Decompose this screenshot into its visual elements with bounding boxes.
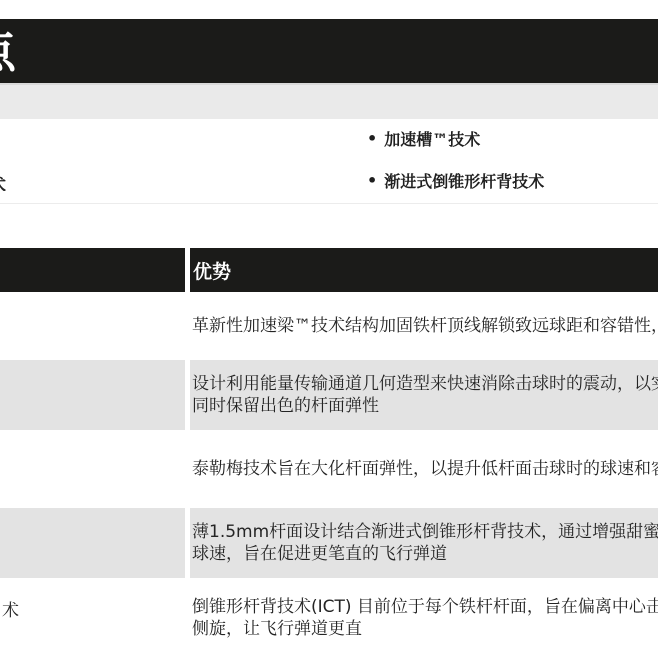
table-row-left-cell	[0, 430, 185, 508]
table-row-advantage-cell: 泰勒梅技术旨在大化杆面弹性，以提升低杆面击球时的球速和容错性	[190, 430, 658, 508]
table-row-left-cell	[0, 508, 185, 578]
feature-label: 渐进式倒锥形杆背技术	[384, 169, 544, 192]
table-row-advantage-cell: 设计利用能量传输通道几何造型来快速消除击球时的震动，以实现更 同时保留出色的杆面…	[190, 360, 658, 430]
left-label-clipped: 术	[2, 600, 19, 622]
product-detail-page: 点 • 加速槽™技术 术 • 渐进式倒锥形杆背技术 优势 革新性加速	[0, 0, 658, 658]
feature-row: • 加速槽™技术	[0, 119, 658, 159]
table-header-advantages-cell: 优势	[190, 248, 658, 292]
table-row: 设计利用能量传输通道几何造型来快速消除击球时的震动，以实现更 同时保留出色的杆面…	[0, 360, 658, 430]
table-row-left-cell: 术	[0, 578, 185, 658]
advantage-text: 同时保留出色的杆面弹性	[192, 395, 658, 417]
bullet-icon: •	[367, 171, 377, 190]
advantage-text: 球速，旨在促进更笔直的飞行弹道	[192, 543, 658, 565]
advantage-text: 泰勒梅技术旨在大化杆面弹性，以提升低杆面击球时的球速和容错性	[192, 458, 658, 480]
feature-bullet-item: • 渐进式倒锥形杆背技术	[367, 169, 544, 192]
table-header-advantages-label: 优势	[193, 257, 231, 284]
table-row-left-cell	[0, 292, 185, 360]
section-banner: 点	[0, 19, 658, 85]
feature-bullet-item: • 加速槽™技术	[367, 127, 480, 150]
table-row: 薄1.5mm杆面设计结合渐进式倒锥形杆背技术，通过增强甜蜜点在整 球速，旨在促进…	[0, 508, 658, 578]
table-row-advantage-cell: 倒锥形杆背技术(ICT) 目前位于每个铁杆杆面，旨在偏离中心击球时 侧旋，让飞行…	[190, 578, 658, 658]
table-row: 革新性加速梁™技术结构加固铁杆顶线解锁致远球距和容错性，以改	[0, 292, 658, 360]
left-column-clipped-text: 术	[0, 171, 7, 191]
advantage-text: 薄1.5mm杆面设计结合渐进式倒锥形杆背技术，通过增强甜蜜点在整	[192, 521, 658, 543]
section-banner-title-clipped: 点	[0, 28, 16, 74]
table-row-advantage-cell: 薄1.5mm杆面设计结合渐进式倒锥形杆背技术，通过增强甜蜜点在整 球速，旨在促进…	[190, 508, 658, 578]
table-row: 术 倒锥形杆背技术(ICT) 目前位于每个铁杆杆面，旨在偏离中心击球时 侧旋，让…	[0, 578, 658, 658]
bullet-icon: •	[367, 129, 377, 148]
advantage-text: 设计利用能量传输通道几何造型来快速消除击球时的震动，以实现更	[192, 373, 658, 395]
features-row-gray-remnant	[0, 85, 658, 119]
table-row: 泰勒梅技术旨在大化杆面弹性，以提升低杆面击球时的球速和容错性	[0, 430, 658, 508]
feature-label: 加速槽™技术	[384, 127, 480, 150]
table-row-advantage-cell: 革新性加速梁™技术结构加固铁杆顶线解锁致远球距和容错性，以改	[190, 292, 658, 360]
advantage-text: 革新性加速梁™技术结构加固铁杆顶线解锁致远球距和容错性，以改	[192, 315, 658, 337]
advantage-text: 倒锥形杆背技术(ICT) 目前位于每个铁杆杆面，旨在偏离中心击球时	[192, 596, 658, 618]
table-header-row: 优势	[0, 248, 658, 292]
table-header-left-cell	[0, 248, 185, 292]
advantage-text: 侧旋，让飞行弹道更直	[192, 618, 658, 640]
feature-row: 术 • 渐进式倒锥形杆背技术	[0, 158, 658, 204]
table-row-left-cell	[0, 360, 185, 430]
